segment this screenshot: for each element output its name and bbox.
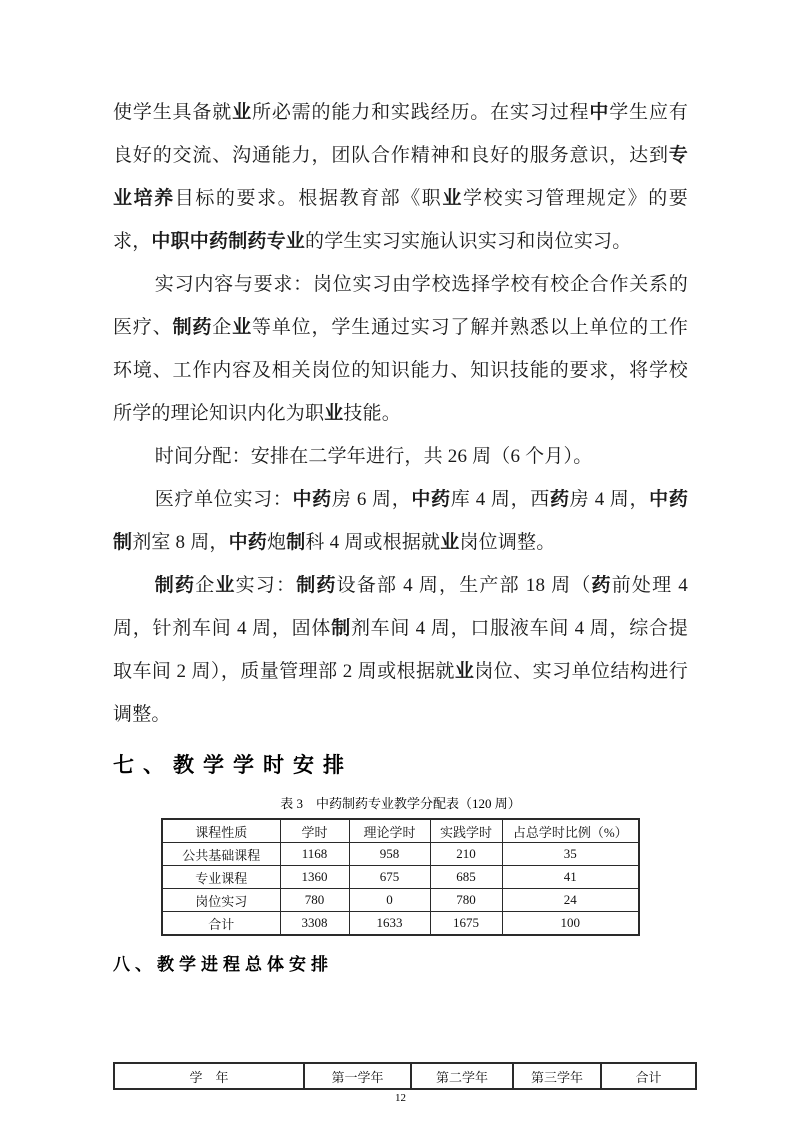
text-run: 目标的要求。根据教育部《职	[175, 188, 443, 209]
text-run: 库 4 周，西	[451, 489, 550, 510]
bold-text-run: 中	[589, 102, 609, 123]
table-cell: 958	[349, 843, 430, 866]
table-cell: 岗位实习	[162, 889, 280, 912]
table-cell: 专业课程	[162, 866, 280, 889]
table-cell: 合计	[162, 912, 280, 936]
table-cell: 210	[430, 843, 502, 866]
table-row: 合计330816331675100	[162, 912, 639, 936]
bold-text-run: 业	[324, 403, 343, 424]
paragraph: 实习内容与要求：岗位实习由学校选择学校有校企合作关系的医疗、制药企业等单位，学生…	[113, 263, 688, 435]
bold-text-run: 制	[286, 532, 305, 553]
bold-text-run: 制药	[296, 575, 336, 596]
bold-text-run: 业	[232, 317, 252, 338]
table-cell: 第二学年	[411, 1063, 513, 1089]
table-cell: 学 年	[114, 1063, 304, 1089]
text-run: 设备部 4 周，生产部 18 周（	[337, 575, 592, 596]
paragraph: 使学生具备就业所必需的能力和实践经历。在实习过程中学生应有良好的交流、沟通能力，…	[113, 91, 688, 263]
table-cell: 1675	[430, 912, 502, 936]
bold-text-run: 制药	[155, 575, 195, 596]
text-run: 房 6 周，	[332, 489, 412, 510]
table-row: 岗位实习780078024	[162, 889, 639, 912]
table-cell: 780	[280, 889, 349, 912]
table-cell: 3308	[280, 912, 349, 936]
table-cell: 占总学时比例（%）	[502, 819, 639, 843]
table-cell: 675	[349, 866, 430, 889]
bold-text-run: 制药	[173, 317, 213, 338]
table-header-row: 课程性质学时理论学时实践学时占总学时比例（%）	[162, 819, 639, 843]
bold-text-run: 中药	[411, 489, 450, 510]
table-cell: 780	[430, 889, 502, 912]
bold-text-run: 药	[592, 575, 612, 596]
bold-text-run: 中药	[292, 489, 331, 510]
table-cell: 1168	[280, 843, 349, 866]
bold-text-run: 业	[232, 102, 252, 123]
table-cell: 合计	[601, 1063, 696, 1089]
bold-text-run: 中药	[229, 532, 267, 553]
table-cell: 第三学年	[513, 1063, 601, 1089]
table-cell: 685	[430, 866, 502, 889]
text-run: 医疗单位实习：	[155, 489, 293, 510]
table-cell: 0	[349, 889, 430, 912]
bold-text-run: 业	[455, 661, 474, 682]
table-cell: 实践学时	[430, 819, 502, 843]
paragraph: 时间分配：安排在二学年进行，共 26 周（6 个月）。	[113, 435, 688, 478]
text-run: 的学生实习实施认识实习和岗位实习。	[305, 231, 631, 252]
table-cell: 41	[502, 866, 639, 889]
table-cell: 公共基础课程	[162, 843, 280, 866]
section-heading-7: 七、教学学时安排	[113, 750, 688, 782]
text-run: 技能。	[343, 403, 401, 424]
table-cell: 课程性质	[162, 819, 280, 843]
bold-text-run: 中职中药制药专业	[151, 231, 305, 252]
text-run: 炮	[267, 532, 286, 553]
paragraph: 医疗单位实习：中药房 6 周，中药库 4 周，西药房 4 周，中药制剂室 8 周…	[113, 478, 688, 564]
table-cell: 24	[502, 889, 639, 912]
table-cell: 100	[502, 912, 639, 936]
paragraph: 制药企业实习：制药设备部 4 周，生产部 18 周（药前处理 4 周，针剂车间 …	[113, 564, 688, 736]
text-run: 所必需的能力和实践经历。在实习过程	[252, 102, 589, 123]
text-run: 时间分配：安排在二学年进行，共 26 周（6 个月）。	[155, 446, 593, 467]
bold-text-run: 业	[440, 532, 459, 553]
bold-text-run: 业	[442, 188, 463, 209]
document-page: 使学生具备就业所必需的能力和实践经历。在实习过程中学生应有良好的交流、沟通能力，…	[0, 0, 800, 1131]
text-run: 企	[212, 317, 232, 338]
page-number: 12	[113, 1091, 688, 1105]
table-row: 专业课程136067568541	[162, 866, 639, 889]
text-run: 企	[195, 575, 215, 596]
text-run: 科 4 周或根据就	[305, 532, 440, 553]
table-cell: 学时	[280, 819, 349, 843]
table3-caption: 表 3 中药制药专业教学分配表（120 周）	[113, 796, 688, 812]
text-run: 房 4 周，	[570, 489, 650, 510]
table-header-row: 学 年第一学年第二学年第三学年合计	[114, 1063, 696, 1089]
bold-text-run: 制	[331, 618, 351, 639]
table-cell: 第一学年	[304, 1063, 411, 1089]
table-cell: 35	[502, 843, 639, 866]
section-heading-8: 八、教学进程总体安排	[113, 953, 688, 977]
table-cell: 理论学时	[349, 819, 430, 843]
body-text: 使学生具备就业所必需的能力和实践经历。在实习过程中学生应有良好的交流、沟通能力，…	[113, 91, 688, 736]
text-run: 实习：	[236, 575, 297, 596]
table-row: 公共基础课程116895821035	[162, 843, 639, 866]
schedule-header-table: 学 年第一学年第二学年第三学年合计	[113, 1062, 697, 1090]
bold-text-run: 药	[550, 489, 570, 510]
text-run: 使学生具备就	[113, 102, 232, 123]
bold-text-run: 业	[215, 575, 235, 596]
table-cell: 1360	[280, 866, 349, 889]
text-run: 岗位调整。	[459, 532, 555, 553]
teaching-hours-table: 课程性质学时理论学时实践学时占总学时比例（%）公共基础课程11689582103…	[161, 818, 640, 936]
text-run: 剂室 8 周，	[132, 532, 228, 553]
table-cell: 1633	[349, 912, 430, 936]
